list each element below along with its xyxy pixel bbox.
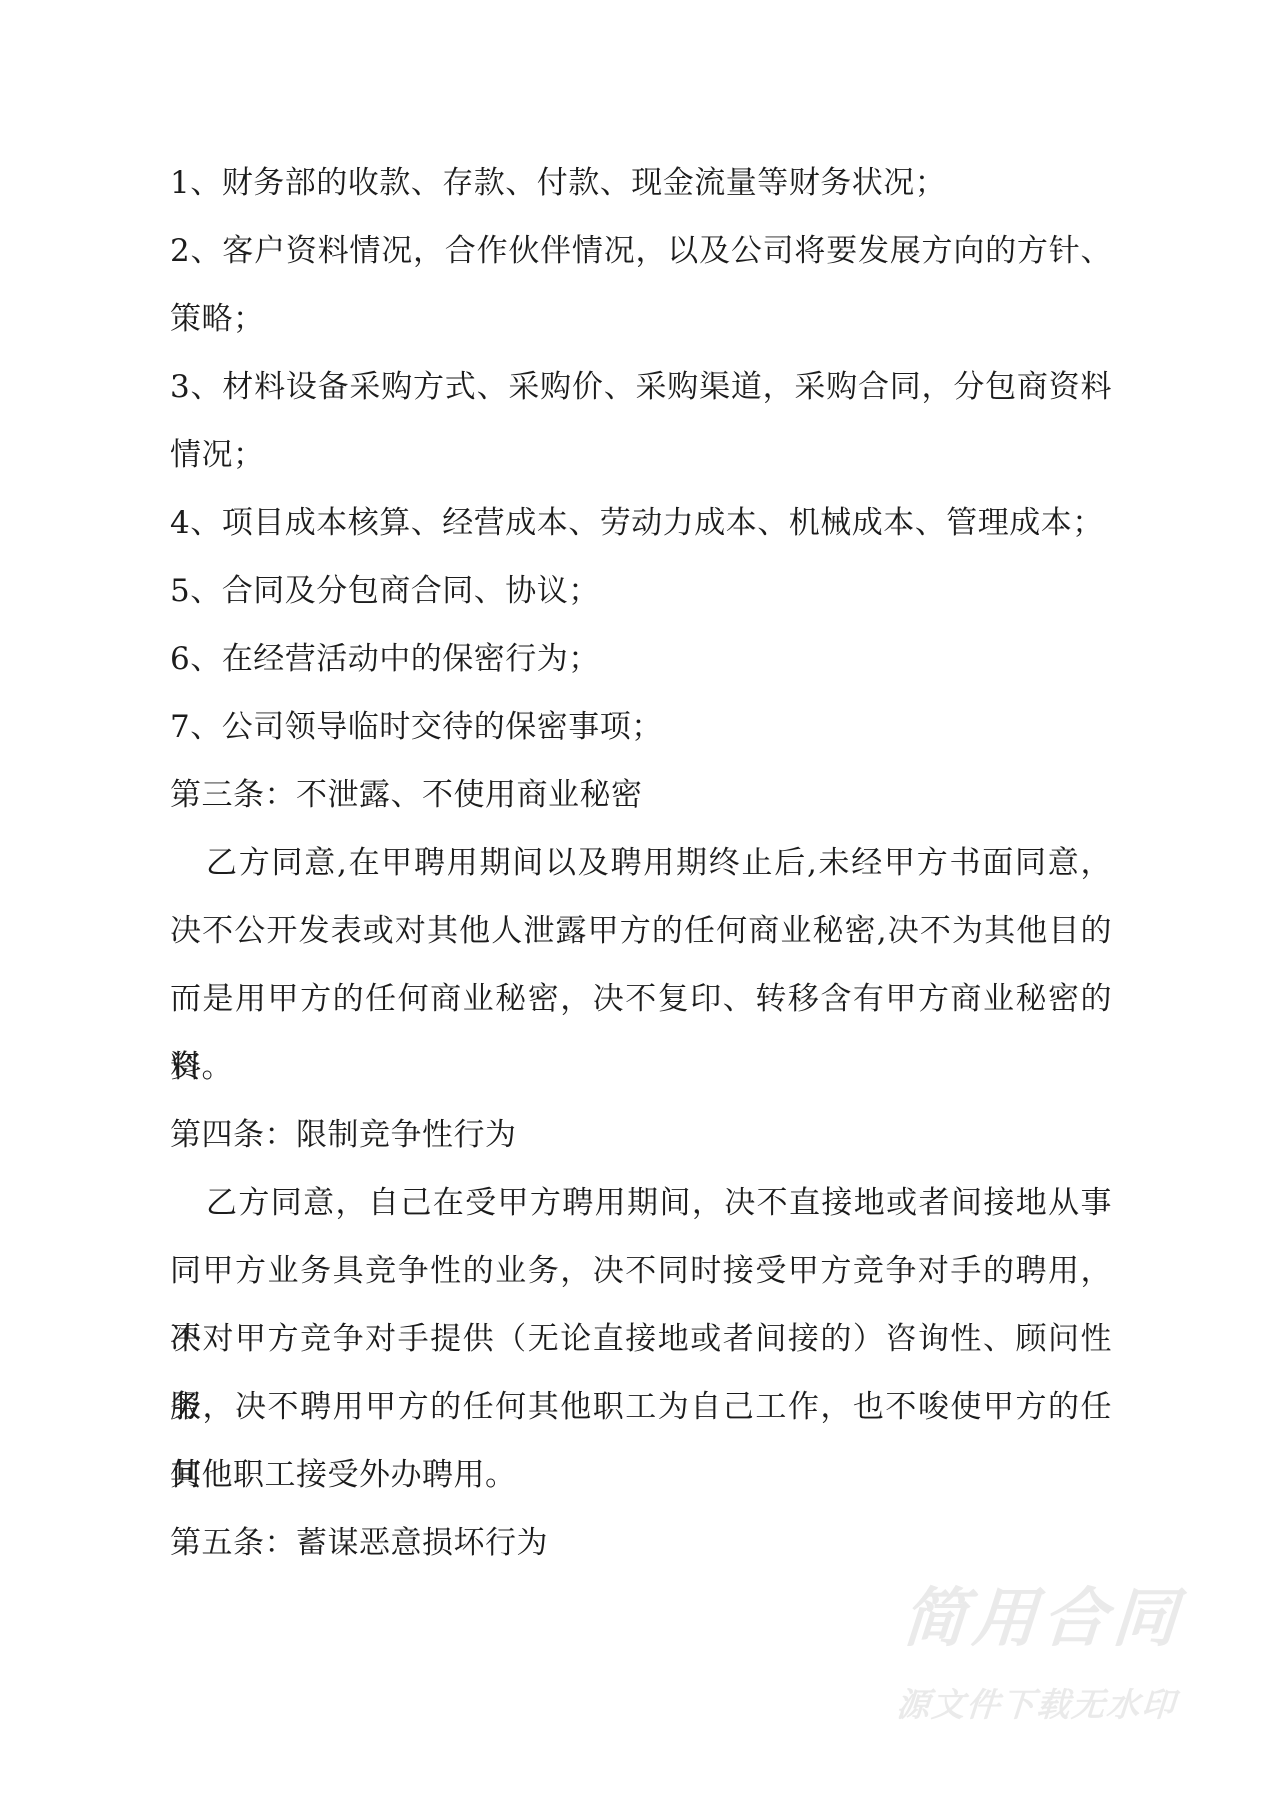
document-line: 7、公司领导临时交待的保密事项；	[170, 693, 1112, 761]
document-line: 情况；	[170, 421, 1112, 489]
watermark-subtitle: 源文件下载无水印	[895, 1679, 1178, 1726]
document-line: 不对甲方竞争对手提供（无论直接地或者间接的）咨询性、顾问性服	[170, 1305, 1112, 1373]
document-line: 而是用甲方的任何商业秘密，决不复印、转移含有甲方商业秘密的资	[170, 965, 1112, 1033]
document-line: 5、合同及分包商合同、协议；	[170, 557, 1112, 625]
document-line: 其他职工接受外办聘用。	[170, 1441, 1112, 1509]
document-line: 料。	[170, 1033, 1112, 1101]
watermark-title: 简用合同	[900, 1586, 1185, 1653]
document-line: 乙方同意，自己在受甲方聘用期间，决不直接地或者间接地从事	[170, 1169, 1112, 1237]
document-line: 策略；	[170, 285, 1112, 353]
document-line: 3、材料设备采购方式、采购价、采购渠道，采购合同，分包商资料	[170, 353, 1112, 421]
document-line: 6、在经营活动中的保密行为；	[170, 625, 1112, 693]
document-body: 1、财务部的收款、存款、付款、现金流量等财务状况；2、客户资料情况，合作伙伴情况…	[170, 149, 1112, 1577]
document-line: 第四条：限制竞争性行为	[170, 1101, 1112, 1169]
document-line: 务，决不聘用甲方的任何其他职工为自己工作，也不唆使甲方的任何	[170, 1373, 1112, 1441]
watermark: 简用合同 源文件下载无水印	[895, 1586, 1185, 1726]
document-page: 1、财务部的收款、存款、付款、现金流量等财务状况；2、客户资料情况，合作伙伴情况…	[0, 0, 1280, 1810]
document-line: 乙方同意,在甲聘用期间以及聘用期终止后,未经甲方书面同意，	[170, 829, 1112, 897]
document-line: 2、客户资料情况，合作伙伴情况，以及公司将要发展方向的方针、	[170, 217, 1112, 285]
document-line: 同甲方业务具竞争性的业务，决不同时接受甲方竞争对手的聘用，决	[170, 1237, 1112, 1305]
document-line: 4、项目成本核算、经营成本、劳动力成本、机械成本、管理成本；	[170, 489, 1112, 557]
document-line: 1、财务部的收款、存款、付款、现金流量等财务状况；	[170, 149, 1112, 217]
document-line: 决不公开发表或对其他人泄露甲方的任何商业秘密,决不为其他目的	[170, 897, 1112, 965]
document-line: 第五条：蓄谋恶意损坏行为	[170, 1509, 1112, 1577]
document-line: 第三条：不泄露、不使用商业秘密	[170, 761, 1112, 829]
